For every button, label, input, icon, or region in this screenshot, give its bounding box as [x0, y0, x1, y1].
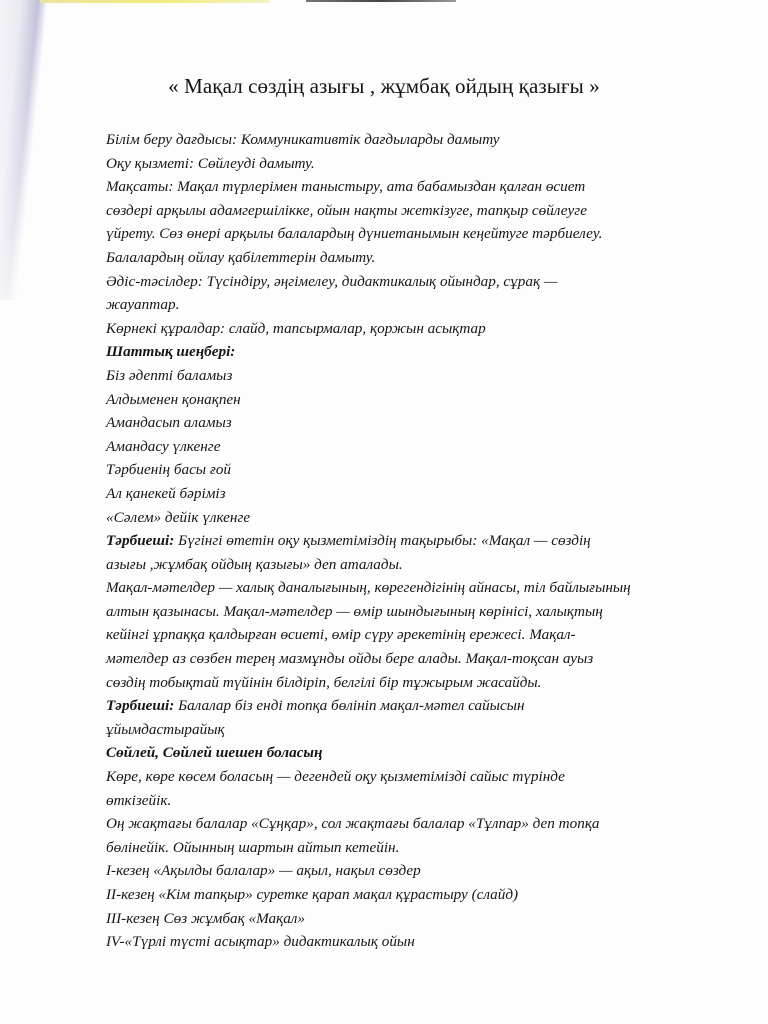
line-text: Әдіс-тәсілдер: Түсіндіру, әңгімелеу, дид… [106, 273, 557, 290]
line-text: жауаптар. [106, 296, 179, 313]
line-text: азығы ,жұмбақ ойдың қазығы» деп аталады. [106, 556, 403, 573]
text-line: Әдіс-тәсілдер: Түсіндіру, әңгімелеу, дид… [106, 270, 736, 294]
line-text: сөздің тобықтай түйінін білдіріп, белгіл… [106, 674, 541, 691]
line-text: Алдыменен қонақпен [106, 391, 241, 408]
line-text: алтын қазынасы. Мақал-мәтелдер — өмір шы… [106, 603, 603, 620]
text-line: Мақсаты: Мақал түрлерімен таныстыру, ата… [106, 175, 736, 199]
text-line: Тәрбиеші: Балалар біз енді топқа бөлініп… [106, 694, 736, 718]
line-text: І-кезең «Ақылды балалар» — ақыл, нақыл с… [106, 862, 421, 879]
text-line: ІV-«Түрлі түсті асықтар» дидактикалық ой… [106, 930, 736, 954]
line-label: Тәрбиеші: [106, 697, 174, 714]
line-text: Бүгінгі өтетін оқу қызметіміздің тақырыб… [174, 532, 590, 549]
line-text: ІV-«Түрлі түсті асықтар» дидактикалық ой… [106, 933, 415, 950]
text-line: Білім беру дағдысы: Коммуникативтік дағд… [106, 128, 736, 152]
text-line: Көре, көре көсем боласың — дегендей оқу … [106, 765, 736, 789]
document-title: « Мақал сөздің азығы , жұмбақ ойдың қазы… [0, 74, 768, 99]
text-line: кейінгі ұрпаққа қалдырған өсиеті, өмір с… [106, 623, 736, 647]
line-text: ІІІ-кезең Сөз жұмбақ «Мақал» [106, 910, 305, 927]
line-text: Оқу қызметі: Сөйлеуді дамыту. [106, 155, 315, 172]
text-line: бөлінейік. Ойынның шартын айтып кетейін. [106, 836, 736, 860]
line-label: Сөйлей, Сөйлей шешен боласың [106, 744, 322, 761]
line-text: Білім беру дағдысы: Коммуникативтік дағд… [106, 131, 500, 148]
text-line: Көрнекі құралдар: слайд, тапсырмалар, қо… [106, 317, 736, 341]
text-line: үйрету. Сөз өнері арқылы балалардың дүни… [106, 222, 736, 246]
line-label: Тәрбиеші: [106, 532, 174, 549]
line-text: өткізейік. [106, 792, 171, 809]
text-line: Балалардың ойлау қабілеттерін дамыту. [106, 246, 736, 270]
text-line: сөздері арқылы адамгершілікке, ойын нақт… [106, 199, 736, 223]
text-line: азығы ,жұмбақ ойдың қазығы» деп аталады. [106, 553, 736, 577]
line-text: үйрету. Сөз өнері арқылы балалардың дүни… [106, 225, 602, 242]
text-line: Оң жақтағы балалар «Сұңқар», сол жақтағы… [106, 812, 736, 836]
line-text: Мақсаты: Мақал түрлерімен таныстыру, ата… [106, 178, 585, 195]
line-text: Балалардың ойлау қабілеттерін дамыту. [106, 249, 375, 266]
text-line: Біз әдепті баламыз [106, 364, 736, 388]
line-text: Мақал-мәтелдер — халық даналығының, көре… [106, 579, 631, 596]
text-line: мәтелдер аз сөзбен терең мазмұнды ойды б… [106, 647, 736, 671]
text-line: Ал қанекей бәріміз [106, 482, 736, 506]
text-line: «Сәлем» дейік үлкенге [106, 506, 736, 530]
line-text: ұйымдастырайық [106, 721, 225, 738]
line-text: сөздері арқылы адамгершілікке, ойын нақт… [106, 202, 587, 219]
line-text: Амандасып аламыз [106, 414, 232, 431]
line-text: Тәрбиенің басы ғой [106, 461, 231, 478]
line-text: Көре, көре көсем боласың — дегендей оқу … [106, 768, 565, 785]
document-body: Білім беру дағдысы: Коммуникативтік дағд… [106, 128, 736, 954]
line-text: мәтелдер аз сөзбен терең мазмұнды ойды б… [106, 650, 593, 667]
line-label: Шаттық шеңбері: [106, 343, 235, 360]
line-text: Оң жақтағы балалар «Сұңқар», сол жақтағы… [106, 815, 600, 832]
line-text: кейінгі ұрпаққа қалдырған өсиеті, өмір с… [106, 626, 576, 643]
text-line: Мақал-мәтелдер — халық даналығының, көре… [106, 576, 736, 600]
text-line: Тәрбиеші: Бүгінгі өтетін оқу қызметімізд… [106, 529, 736, 553]
text-line: Амандасып аламыз [106, 411, 736, 435]
line-text: Амандасу үлкенге [106, 438, 220, 455]
line-text: Біз әдепті баламыз [106, 367, 232, 384]
text-line: І-кезең «Ақылды балалар» — ақыл, нақыл с… [106, 859, 736, 883]
line-text: бөлінейік. Ойынның шартын айтып кетейін. [106, 839, 399, 856]
line-text: Балалар біз енді топқа бөлініп мақал-мәт… [174, 697, 524, 714]
text-line: ұйымдастырайық [106, 718, 736, 742]
text-line: алтын қазынасы. Мақал-мәтелдер — өмір шы… [106, 600, 736, 624]
text-line: ІІ-кезең «Кім тапқыр» суретке қарап мақа… [106, 883, 736, 907]
text-line: жауаптар. [106, 293, 736, 317]
line-text: ІІ-кезең «Кім тапқыр» суретке қарап мақа… [106, 886, 518, 903]
text-line: ІІІ-кезең Сөз жұмбақ «Мақал» [106, 907, 736, 931]
text-line: Сөйлей, Сөйлей шешен боласың [106, 741, 736, 765]
text-line: Алдыменен қонақпен [106, 388, 736, 412]
text-line: сөздің тобықтай түйінін білдіріп, белгіл… [106, 671, 736, 695]
text-line: Тәрбиенің басы ғой [106, 458, 736, 482]
line-text: Көрнекі құралдар: слайд, тапсырмалар, қо… [106, 320, 486, 337]
line-text: «Сәлем» дейік үлкенге [106, 509, 250, 526]
text-line: Оқу қызметі: Сөйлеуді дамыту. [106, 152, 736, 176]
text-line: өткізейік. [106, 789, 736, 813]
text-line: Амандасу үлкенге [106, 435, 736, 459]
document-page: « Мақал сөздің азығы , жұмбақ ойдың қазы… [0, 0, 768, 1024]
text-line: Шаттық шеңбері: [106, 340, 736, 364]
line-text: Ал қанекей бәріміз [106, 485, 226, 502]
